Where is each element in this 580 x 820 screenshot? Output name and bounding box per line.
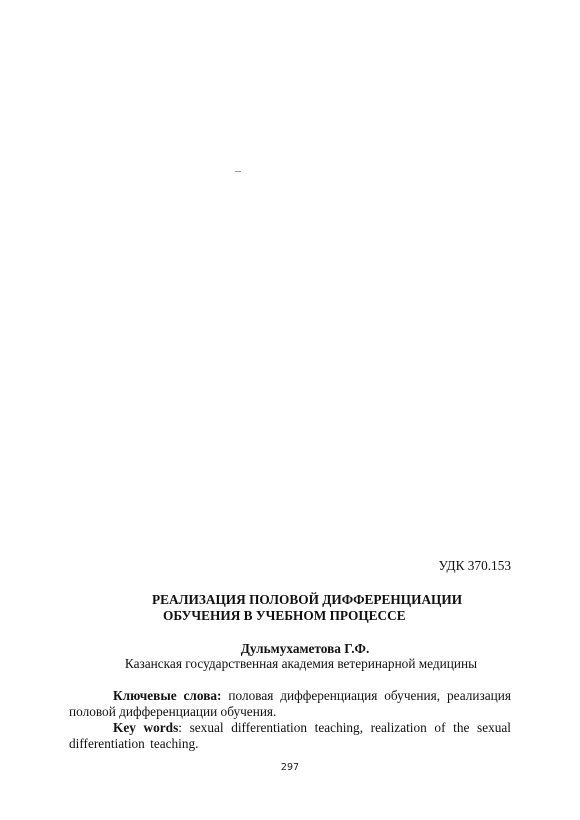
- author-affiliation: Казанская государственная академия ветер…: [0, 656, 580, 672]
- udk-code: УДК 370.153: [438, 558, 511, 574]
- keywords-english: Key words: sexual differentiation teachi…: [69, 720, 511, 752]
- keywords-english-label: Key words: [113, 720, 178, 735]
- document-page: – УДК 370.153 РЕАЛИЗАЦИЯ ПОЛОВОЙ ДИФФЕРЕ…: [0, 0, 580, 820]
- keywords-russian: Ключевые слова: половая дифференциация о…: [69, 688, 511, 720]
- author-name: Дульмухаметова Г.Ф.: [0, 641, 580, 657]
- article-title-line-2: ОБУЧЕНИЯ В УЧЕБНОМ ПРОЦЕССЕ: [0, 608, 580, 624]
- article-title: РЕАЛИЗАЦИЯ ПОЛОВОЙ ДИФФЕРЕНЦИАЦИИ ОБУЧЕН…: [0, 592, 580, 624]
- keywords-russian-label: Ключевые слова:: [113, 688, 221, 703]
- dash-mark: –: [235, 164, 241, 176]
- article-title-line-1: РЕАЛИЗАЦИЯ ПОЛОВОЙ ДИФФЕРЕНЦИАЦИИ: [0, 592, 580, 608]
- page-number: 297: [0, 762, 580, 774]
